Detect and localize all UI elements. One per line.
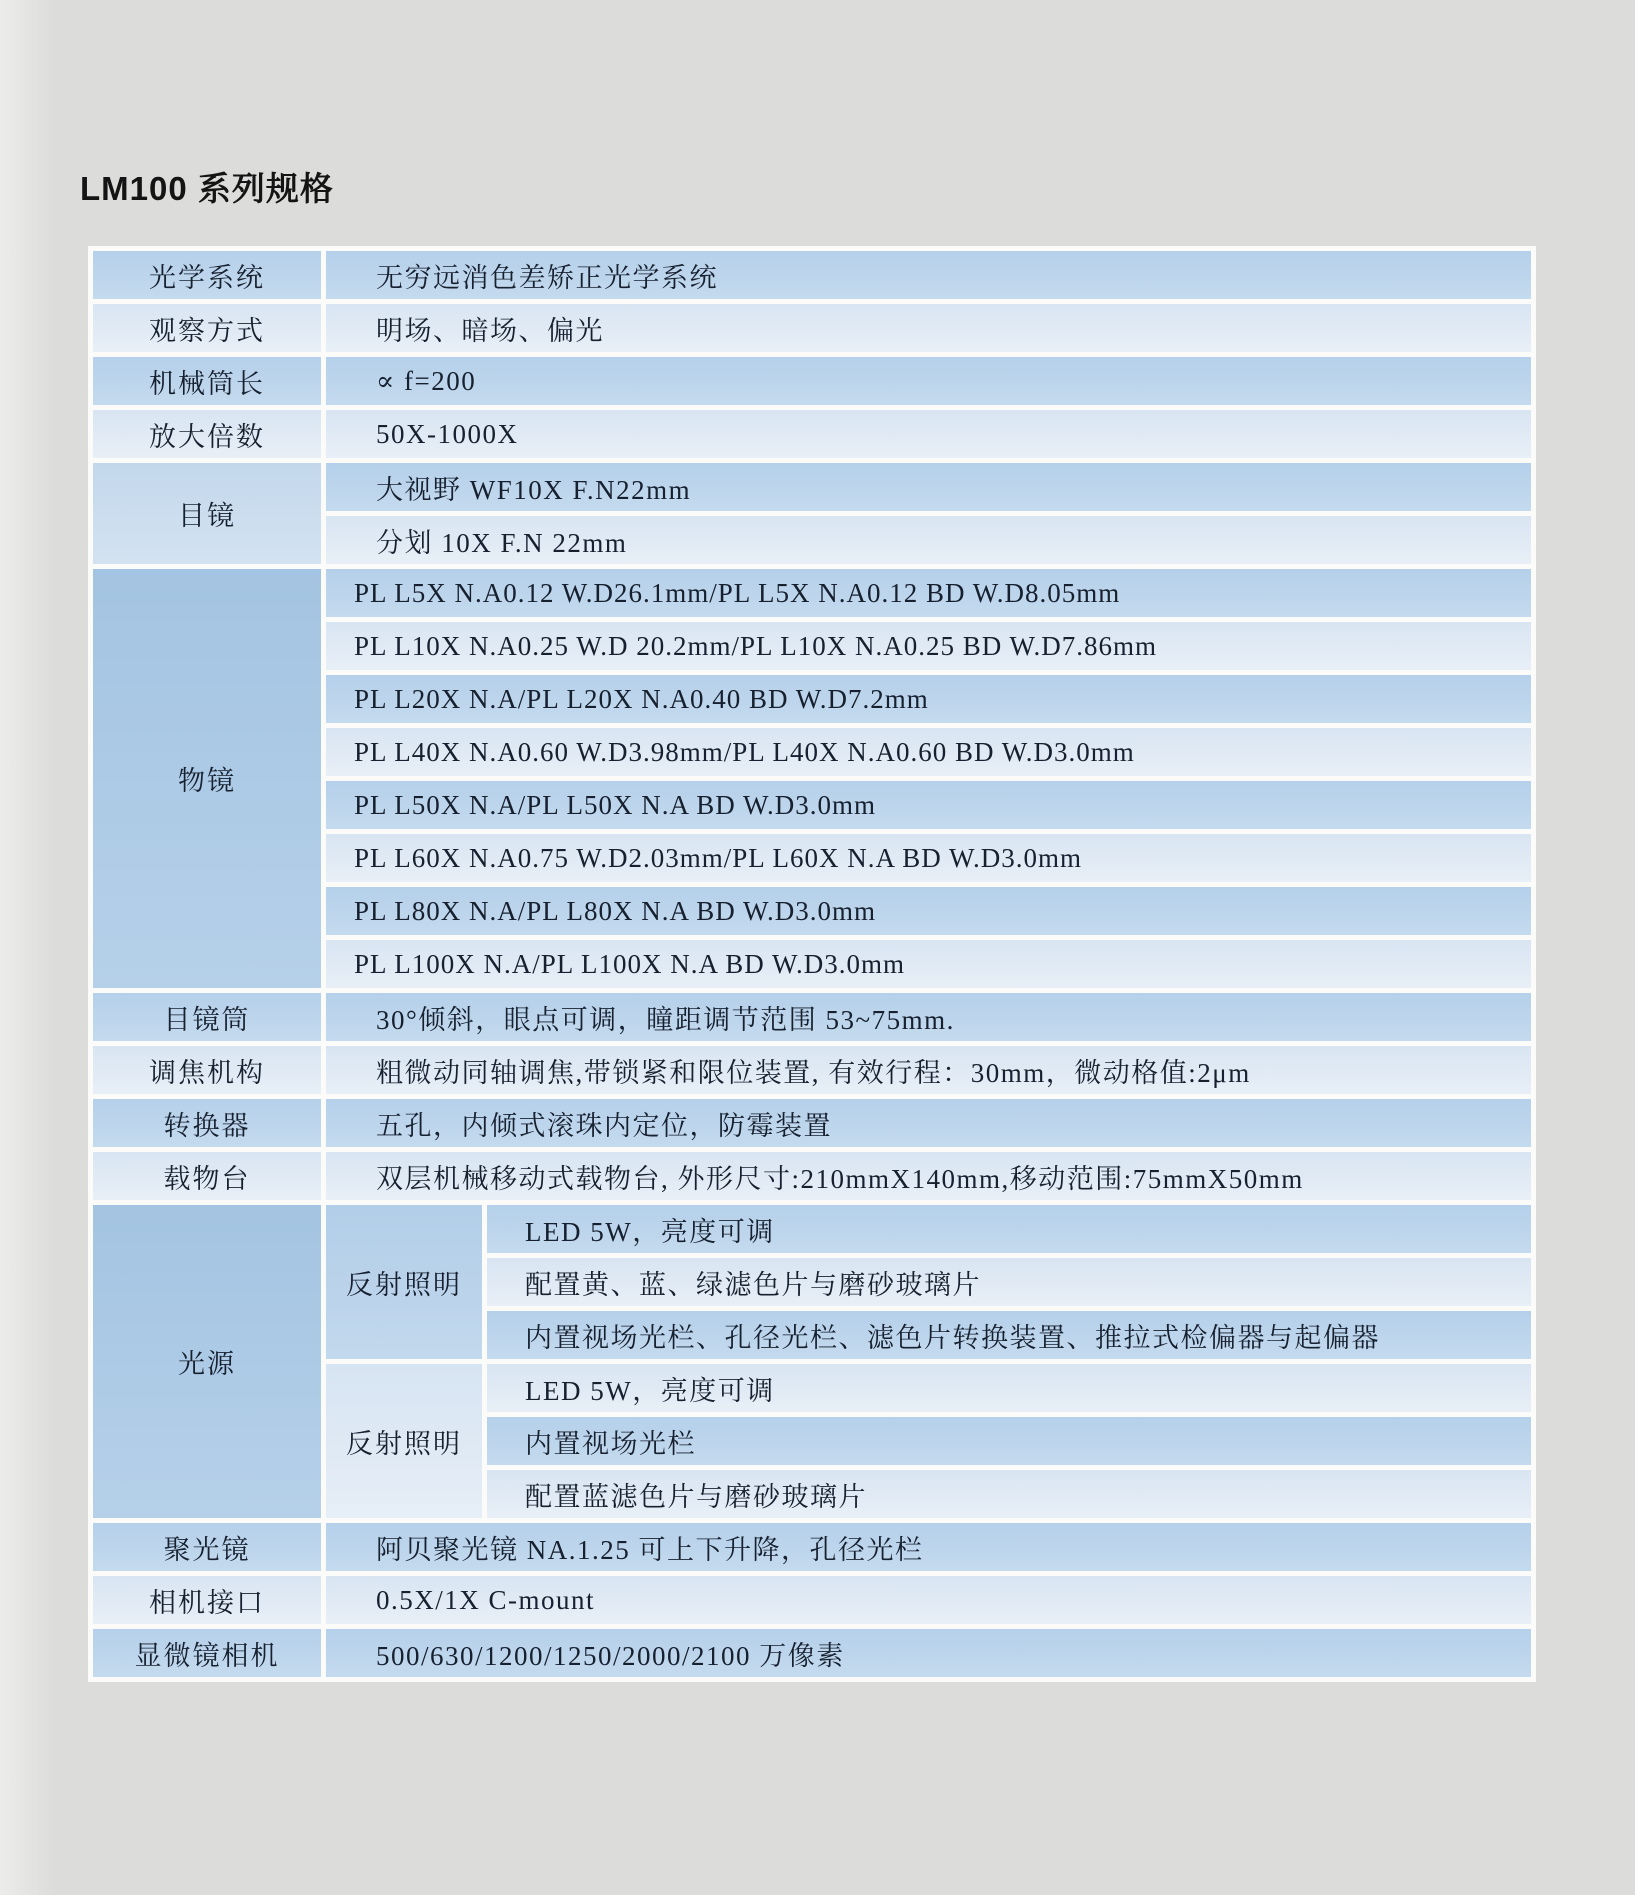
spec-value: PL L60X N.A0.75 W.D2.03mm/PL L60X N.A BD… xyxy=(326,834,1531,882)
spec-label-eyepiece: 目镜 xyxy=(93,463,321,564)
spec-value: PL L5X N.A0.12 W.D26.1mm/PL L5X N.A0.12 … xyxy=(326,569,1531,617)
spec-sublabel-reflected-2: 反射照明 xyxy=(326,1364,482,1518)
spec-row-focusing: 调焦机构 粗微动同轴调焦,带锁紧和限位装置, 有效行程：30mm，微动格值:2μ… xyxy=(93,1046,1531,1094)
spec-table-container: 光学系统 无穷远消色差矫正光学系统 观察方式 明场、暗场、偏光 机械筒长 ∝ f… xyxy=(88,246,1635,1682)
spec-value: 无穷远消色差矫正光学系统 xyxy=(326,251,1531,299)
spec-row-camera: 显微镜相机 500/630/1200/1250/2000/2100 万像素 xyxy=(93,1629,1531,1677)
spec-value: PL L10X N.A0.25 W.D 20.2mm/PL L10X N.A0.… xyxy=(326,622,1531,670)
spec-value: 阿贝聚光镜 NA.1.25 可上下升降，孔径光栏 xyxy=(326,1523,1531,1571)
spec-value: 五孔，内倾式滚珠内定位，防霉装置 xyxy=(326,1099,1531,1147)
spec-value: 0.5X/1X C-mount xyxy=(326,1576,1531,1624)
spec-label: 载物台 xyxy=(93,1152,321,1200)
spec-row-condenser: 聚光镜 阿贝聚光镜 NA.1.25 可上下升降，孔径光栏 xyxy=(93,1523,1531,1571)
spec-value: PL L40X N.A0.60 W.D3.98mm/PL L40X N.A0.6… xyxy=(326,728,1531,776)
spec-value: 大视野 WF10X F.N22mm xyxy=(326,463,1531,511)
spec-row-objective: 物镜 PL L5X N.A0.12 W.D26.1mm/PL L5X N.A0.… xyxy=(93,569,1531,617)
spec-row-light-source: 光源 反射照明 LED 5W，亮度可调 xyxy=(93,1205,1531,1253)
spec-label: 观察方式 xyxy=(93,304,321,352)
spec-label-light-source: 光源 xyxy=(93,1205,321,1518)
spec-value: 内置视场光栏、孔径光栏、滤色片转换装置、推拉式检偏器与起偏器 xyxy=(487,1311,1531,1359)
spec-value: 双层机械移动式载物台, 外形尺寸:210mmX140mm,移动范围:75mmX5… xyxy=(326,1152,1531,1200)
spec-row-eyepiece-tube: 目镜筒 30°倾斜，眼点可调，瞳距调节范围 53~75mm. xyxy=(93,993,1531,1041)
spec-value: PL L50X N.A/PL L50X N.A BD W.D3.0mm xyxy=(326,781,1531,829)
spec-row-magnification: 放大倍数 50X-1000X xyxy=(93,410,1531,458)
spec-label-objective: 物镜 xyxy=(93,569,321,988)
spec-sublabel-reflected-1: 反射照明 xyxy=(326,1205,482,1359)
page-title: LM100 系列规格 xyxy=(80,163,1635,210)
spec-label: 转换器 xyxy=(93,1099,321,1147)
spec-value: 配置蓝滤色片与磨砂玻璃片 xyxy=(487,1470,1531,1518)
spec-row-tube-length: 机械筒长 ∝ f=200 xyxy=(93,357,1531,405)
spec-value: 配置黄、蓝、绿滤色片与磨砂玻璃片 xyxy=(487,1258,1531,1306)
spec-table: 光学系统 无穷远消色差矫正光学系统 观察方式 明场、暗场、偏光 机械筒长 ∝ f… xyxy=(88,246,1536,1682)
spec-row-camera-mount: 相机接口 0.5X/1X C-mount xyxy=(93,1576,1531,1624)
spec-label: 光学系统 xyxy=(93,251,321,299)
spec-value: LED 5W，亮度可调 xyxy=(487,1205,1531,1253)
spec-label: 显微镜相机 xyxy=(93,1629,321,1677)
spec-row-stage: 载物台 双层机械移动式载物台, 外形尺寸:210mmX140mm,移动范围:75… xyxy=(93,1152,1531,1200)
spec-label: 调焦机构 xyxy=(93,1046,321,1094)
spec-label: 相机接口 xyxy=(93,1576,321,1624)
spec-value: 分划 10X F.N 22mm xyxy=(326,516,1531,564)
spec-label: 聚光镜 xyxy=(93,1523,321,1571)
spec-value: 500/630/1200/1250/2000/2100 万像素 xyxy=(326,1629,1531,1677)
spec-value: PL L80X N.A/PL L80X N.A BD W.D3.0mm xyxy=(326,887,1531,935)
spec-row-observation: 观察方式 明场、暗场、偏光 xyxy=(93,304,1531,352)
spec-value: PL L100X N.A/PL L100X N.A BD W.D3.0mm xyxy=(326,940,1531,988)
spec-value: LED 5W，亮度可调 xyxy=(487,1364,1531,1412)
spec-value: PL L20X N.A/PL L20X N.A0.40 BD W.D7.2mm xyxy=(326,675,1531,723)
spec-value: 内置视场光栏 xyxy=(487,1417,1531,1465)
spec-value: 明场、暗场、偏光 xyxy=(326,304,1531,352)
spec-value: 50X-1000X xyxy=(326,410,1531,458)
spec-row-optical-system: 光学系统 无穷远消色差矫正光学系统 xyxy=(93,251,1531,299)
spec-label: 目镜筒 xyxy=(93,993,321,1041)
spec-label: 机械筒长 xyxy=(93,357,321,405)
spec-row-nosepiece: 转换器 五孔，内倾式滚珠内定位，防霉装置 xyxy=(93,1099,1531,1147)
spec-label: 放大倍数 xyxy=(93,410,321,458)
spec-value: ∝ f=200 xyxy=(326,357,1531,405)
spec-row-eyepiece: 目镜 大视野 WF10X F.N22mm xyxy=(93,463,1531,511)
spec-value: 粗微动同轴调焦,带锁紧和限位装置, 有效行程：30mm，微动格值:2μm xyxy=(326,1046,1531,1094)
spec-value: 30°倾斜，眼点可调，瞳距调节范围 53~75mm. xyxy=(326,993,1531,1041)
